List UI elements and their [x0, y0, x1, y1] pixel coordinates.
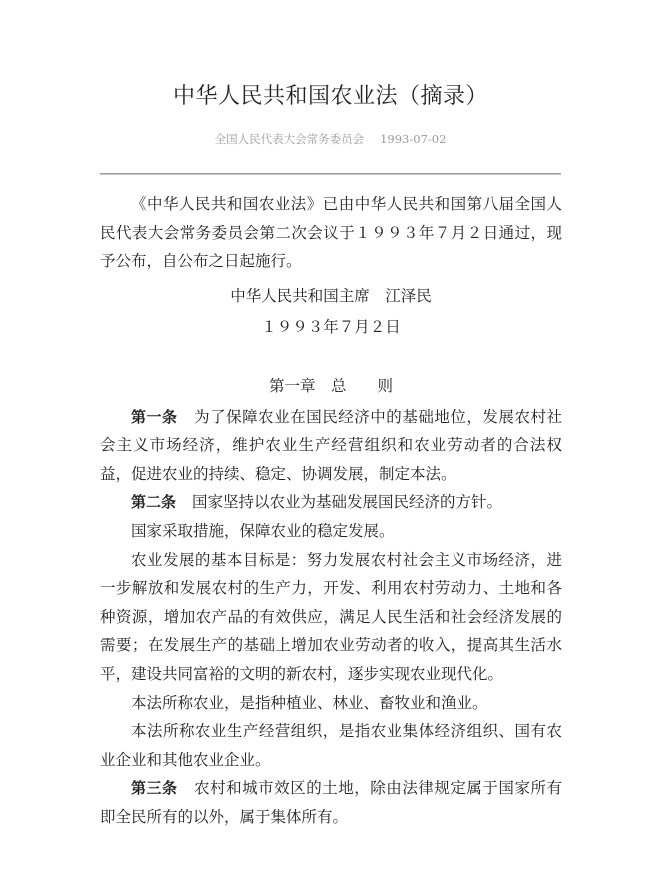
article-2-paragraph-3: 农业发展的基本目标是：努力发展农村社会主义市场经济，进一步解放和发展农村的生产力…: [100, 546, 562, 689]
article-1: 第一条为了保障农业在国民经济中的基础地位，发展农村社会主义市场经济，维护农业生产…: [100, 403, 562, 489]
article-2-paragraph-4: 本法所称农业，是指种植业、林业、畜牧业和渔业。: [100, 689, 562, 718]
article-3-label: 第三条: [131, 779, 178, 797]
preamble-paragraph: 《中华人民共和国农业法》已由中华人民共和国第八届全国人民代表大会常务委员会第二次…: [100, 190, 562, 276]
article-2: 第二条国家坚持以农业为基础发展国民经济的方针。: [100, 488, 562, 517]
document-body: 《中华人民共和国农业法》已由中华人民共和国第八届全国人民代表大会常务委员会第二次…: [100, 190, 562, 831]
chapter-heading: 第一章 总 则: [100, 372, 562, 401]
article-2-text: 国家坚持以农业为基础发展国民经济的方针。: [192, 493, 502, 511]
document-meta: 全国人民代表大会常务委员会1993-07-02: [0, 131, 661, 147]
document-title: 中华人民共和国农业法（摘录）: [0, 82, 661, 112]
document-date: 1993-07-02: [380, 132, 446, 146]
title-divider: [100, 173, 561, 175]
document-page: 中华人民共和国农业法（摘录） 全国人民代表大会常务委员会1993-07-02 《…: [0, 0, 661, 890]
article-2-paragraph-2: 国家采取措施，保障农业的稳定发展。: [100, 517, 562, 546]
article-2-label: 第二条: [131, 493, 176, 511]
article-2-paragraph-5: 本法所称农业生产经营组织，是指农业集体经济组织、国有农业企业和其他农业企业。: [100, 717, 562, 774]
preamble-sign-date: １９９３年７月２日: [100, 313, 562, 342]
article-3: 第三条农村和城市效区的土地，除由法律规定属于国家所有即全民所有的以外，属于集体所…: [100, 774, 562, 831]
article-1-label: 第一条: [131, 408, 178, 426]
document-source: 全国人民代表大会常务委员会: [215, 132, 365, 146]
preamble-signatory: 中华人民共和国主席 江泽民: [100, 282, 562, 311]
